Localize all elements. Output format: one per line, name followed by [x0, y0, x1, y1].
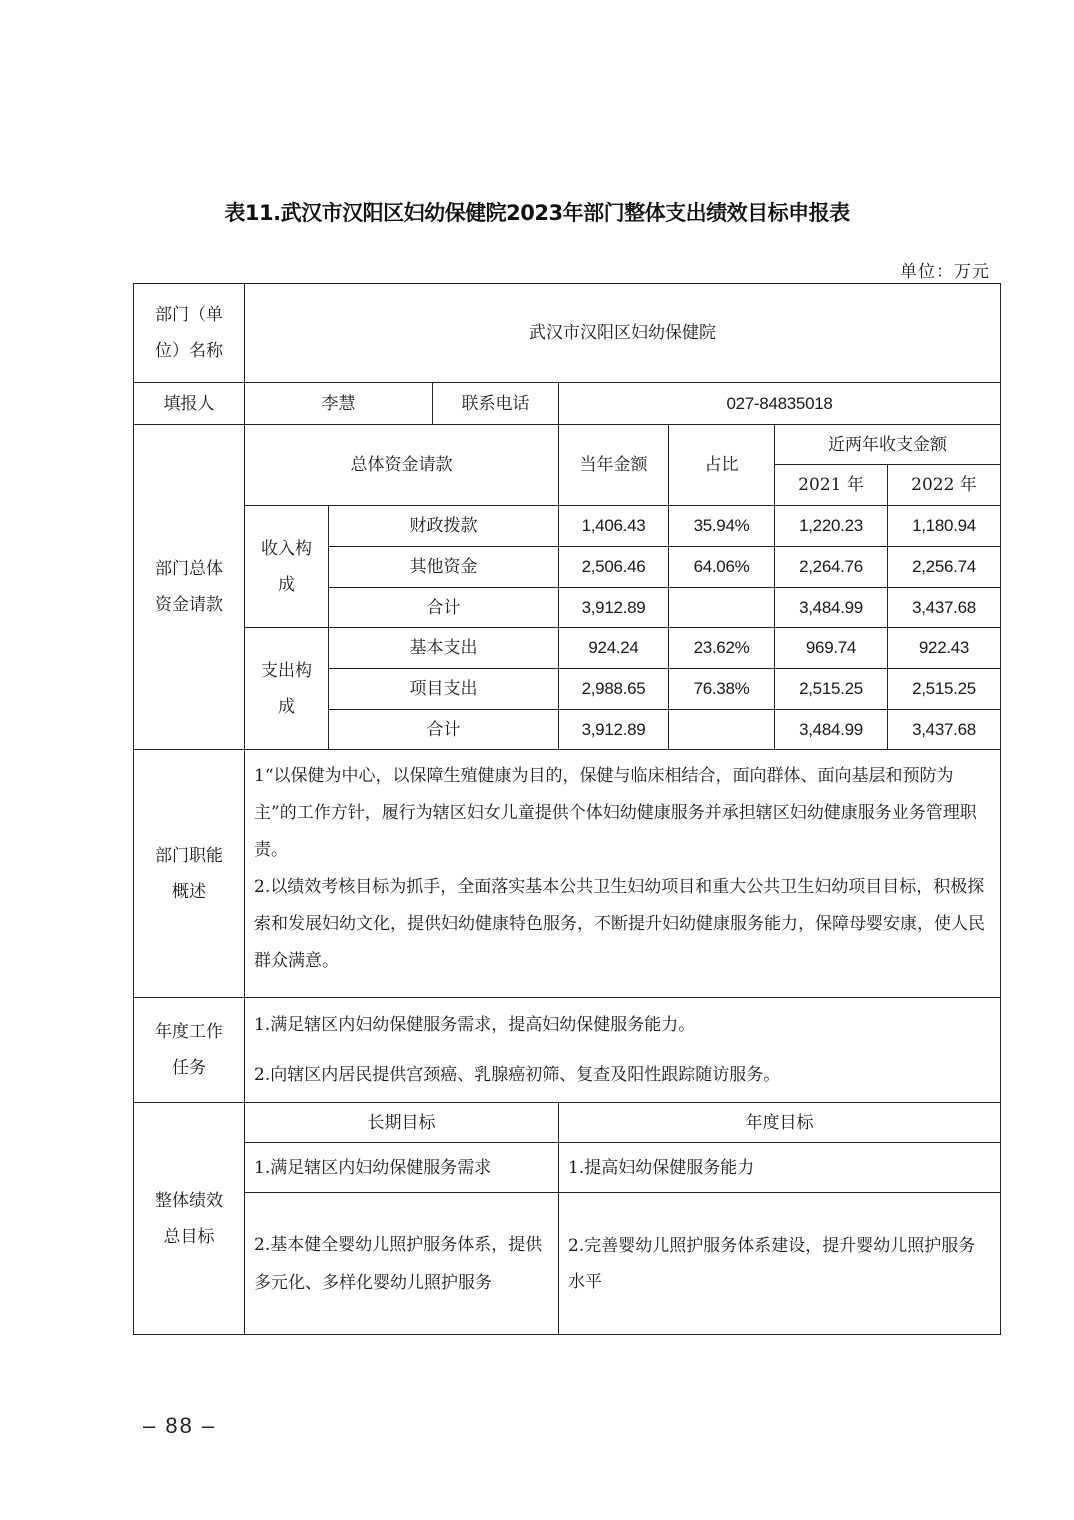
income-row-item: 其他资金 — [328, 546, 559, 588]
row-2021-text: 3,484.99 — [799, 712, 863, 748]
expense-row-amount: 2,988.65 — [558, 668, 669, 710]
row-2021-text: 1,220.23 — [799, 508, 863, 544]
row-amount-text: 924.24 — [588, 630, 638, 666]
income-total-ratio — [668, 587, 775, 628]
row-item-text: 财政拨款 — [410, 508, 478, 544]
income-total-amount: 3,912.89 — [558, 587, 669, 628]
row-amount-text: 2,988.65 — [582, 671, 646, 707]
goal-annual-1: 1.提高妇幼保健服务能力 — [558, 1142, 1001, 1193]
goal-long-term-2: 2.基本健全婴幼儿照护服务体系，提供多元化、多样化婴幼儿照护服务 — [244, 1192, 559, 1335]
expense-total-amount: 3,912.89 — [558, 709, 669, 750]
phone-value: 027-84835018 — [726, 386, 832, 422]
goals-long-term-header: 长期目标 — [244, 1102, 559, 1143]
income-row-2021: 2,264.76 — [774, 546, 888, 588]
header-total-request-text: 总体资金请款 — [351, 447, 453, 483]
phone-label-cell: 联系电话 — [432, 382, 559, 425]
income-total-2022: 3,437.68 — [887, 587, 1001, 628]
goal-text: 1.提高妇幼保健服务能力 — [568, 1150, 754, 1186]
reporter-name-cell: 李慧 — [244, 382, 433, 425]
income-row-amount: 1,406.43 — [558, 505, 669, 547]
income-label-cell: 收入构 成 — [244, 505, 329, 628]
phone-label: 联系电话 — [462, 386, 530, 422]
header-ratio: 占比 — [668, 424, 775, 506]
row-item-text: 合计 — [427, 590, 461, 626]
expense-label-line2: 成 — [278, 689, 295, 725]
document-title: 表11.武汉市汉阳区妇幼保健院2023年部门整体支出绩效目标申报表 — [0, 197, 1074, 227]
income-row-2021: 1,220.23 — [774, 505, 888, 547]
row-2021-text: 3,484.99 — [799, 590, 863, 626]
row-item-text: 其他资金 — [410, 549, 478, 585]
header-current-amount: 当年金额 — [558, 424, 669, 506]
annual-header-text: 年度目标 — [746, 1105, 814, 1141]
dept-label-line2: 位）名称 — [155, 333, 223, 369]
tasks-content-cell: 1.满足辖区内妇幼保健服务需求，提高妇幼保健服务能力。 2.向辖区内居民提供宫颈… — [244, 997, 1001, 1103]
row-2021-text: 2,515.25 — [799, 671, 863, 707]
expense-row-ratio: 23.62% — [668, 627, 775, 669]
income-row-ratio: 64.06% — [668, 546, 775, 588]
row-2022-text: 3,437.68 — [912, 590, 976, 626]
expense-row-2022: 2,515.25 — [887, 668, 1001, 710]
row-ratio-text: 64.06% — [694, 549, 750, 585]
goal-text: 2.完善婴幼儿照护服务体系建设，提升婴幼儿照护服务水平 — [568, 1228, 992, 1300]
goal-long-term-1: 1.满足辖区内妇幼保健服务需求 — [244, 1142, 559, 1193]
income-label-line2: 成 — [278, 567, 295, 603]
row-2021-text: 2,264.76 — [799, 549, 863, 585]
dept-label-line1: 部门（单 — [155, 297, 223, 333]
income-total-item: 合计 — [328, 587, 559, 628]
income-row-amount: 2,506.46 — [558, 546, 669, 588]
expense-total-item: 合计 — [328, 709, 559, 750]
row-amount-text: 1,406.43 — [582, 508, 646, 544]
expense-row-item: 基本支出 — [328, 627, 559, 669]
header-year-2022-text: 2022 年 — [911, 467, 977, 503]
expense-row-2021: 2,515.25 — [774, 668, 888, 710]
expense-total-2021: 3,484.99 — [774, 709, 888, 750]
expense-total-2022: 3,437.68 — [887, 709, 1001, 750]
goals-annual-header: 年度目标 — [558, 1102, 1001, 1143]
header-total-request: 总体资金请款 — [244, 424, 559, 506]
phone-value-cell: 027-84835018 — [558, 382, 1001, 425]
reporter-label-cell: 填报人 — [133, 382, 245, 425]
expense-label-line1: 支出构 — [261, 653, 312, 689]
header-current-amount-text: 当年金额 — [580, 447, 648, 483]
row-ratio-text: 76.38% — [694, 671, 750, 707]
functions-label-line2: 概述 — [172, 874, 206, 910]
income-total-2021: 3,484.99 — [774, 587, 888, 628]
unit-label: 单位：万元 — [900, 257, 990, 282]
row-amount-text: 2,506.46 — [582, 549, 646, 585]
header-year-2022: 2022 年 — [887, 464, 1001, 506]
expense-row-item: 项目支出 — [328, 668, 559, 710]
expense-total-ratio — [668, 709, 775, 750]
header-ratio-text: 占比 — [705, 447, 739, 483]
goal-text: 1.满足辖区内妇幼保健服务需求 — [254, 1150, 491, 1186]
row-amount-text: 3,912.89 — [582, 590, 646, 626]
dept-label-cell: 部门（单 位）名称 — [133, 283, 245, 383]
header-recent-two-years-text: 近两年收支金额 — [828, 427, 947, 463]
goals-label-line1: 整体绩效 — [155, 1183, 223, 1219]
tasks-label-cell: 年度工作 任务 — [133, 997, 245, 1103]
row-2021-text: 969.74 — [806, 630, 856, 666]
expense-row-ratio: 76.38% — [668, 668, 775, 710]
reporter-label: 填报人 — [164, 386, 215, 422]
row-ratio-text: 23.62% — [694, 630, 750, 666]
reporter-name: 李慧 — [322, 386, 356, 422]
task-item: 1.满足辖区内妇幼保健服务需求，提高妇幼保健服务能力。 — [254, 1000, 990, 1050]
income-row-ratio: 35.94% — [668, 505, 775, 547]
income-row-2022: 1,180.94 — [887, 505, 1001, 547]
row-2022-text: 922.43 — [919, 630, 969, 666]
tasks-label-line2: 任务 — [172, 1050, 206, 1086]
goals-label-cell: 整体绩效 总目标 — [133, 1102, 245, 1335]
page-number: – 88 – — [143, 1413, 216, 1439]
header-recent-two-years: 近两年收支金额 — [774, 424, 1001, 465]
expense-label-cell: 支出构 成 — [244, 627, 329, 750]
funding-section-label-cell: 部门总体 资金请款 — [133, 424, 245, 750]
row-ratio-text: 35.94% — [694, 508, 750, 544]
functions-paragraph: 1“以保健为中心，以保障生殖健康为目的，保健与临床相结合，面向群体、面向基层和预… — [254, 758, 990, 869]
functions-paragraph: 2.以绩效考核目标为抓手，全面落实基本公共卫生妇幼项目和重大公共卫生妇幼项目目标… — [254, 869, 990, 980]
row-item-text: 合计 — [427, 712, 461, 748]
long-term-header-text: 长期目标 — [368, 1105, 436, 1141]
dept-name-cell: 武汉市汉阳区妇幼保健院 — [244, 283, 1001, 383]
row-2022-text: 1,180.94 — [912, 508, 976, 544]
row-2022-text: 3,437.68 — [912, 712, 976, 748]
income-label-line1: 收入构 — [261, 531, 312, 567]
dept-name: 武汉市汉阳区妇幼保健院 — [529, 315, 716, 351]
functions-label-line1: 部门职能 — [155, 838, 223, 874]
row-2022-text: 2,256.74 — [912, 549, 976, 585]
expense-row-2021: 969.74 — [774, 627, 888, 669]
expense-row-2022: 922.43 — [887, 627, 1001, 669]
row-amount-text: 3,912.89 — [582, 712, 646, 748]
functions-label-cell: 部门职能 概述 — [133, 749, 245, 998]
header-year-2021: 2021 年 — [774, 464, 888, 506]
income-row-2022: 2,256.74 — [887, 546, 1001, 588]
row-2022-text: 2,515.25 — [912, 671, 976, 707]
goal-annual-2: 2.完善婴幼儿照护服务体系建设，提升婴幼儿照护服务水平 — [558, 1192, 1001, 1335]
tasks-label-line1: 年度工作 — [155, 1014, 223, 1050]
funding-label-line1: 部门总体 — [155, 551, 223, 587]
funding-label-line2: 资金请款 — [155, 587, 223, 623]
task-item: 2.向辖区内居民提供宫颈癌、乳腺癌初筛、复查及阳性跟踪随访服务。 — [254, 1050, 990, 1100]
row-item-text: 项目支出 — [410, 671, 478, 707]
functions-content-cell: 1“以保健为中心，以保障生殖健康为目的，保健与临床相结合，面向群体、面向基层和预… — [244, 749, 1001, 998]
expense-row-amount: 924.24 — [558, 627, 669, 669]
goals-label-line2: 总目标 — [164, 1219, 215, 1255]
goal-text: 2.基本健全婴幼儿照护服务体系，提供多元化、多样化婴幼儿照护服务 — [254, 1226, 550, 1302]
income-row-item: 财政拨款 — [328, 505, 559, 547]
row-item-text: 基本支出 — [410, 630, 478, 666]
header-year-2021-text: 2021 年 — [798, 467, 864, 503]
